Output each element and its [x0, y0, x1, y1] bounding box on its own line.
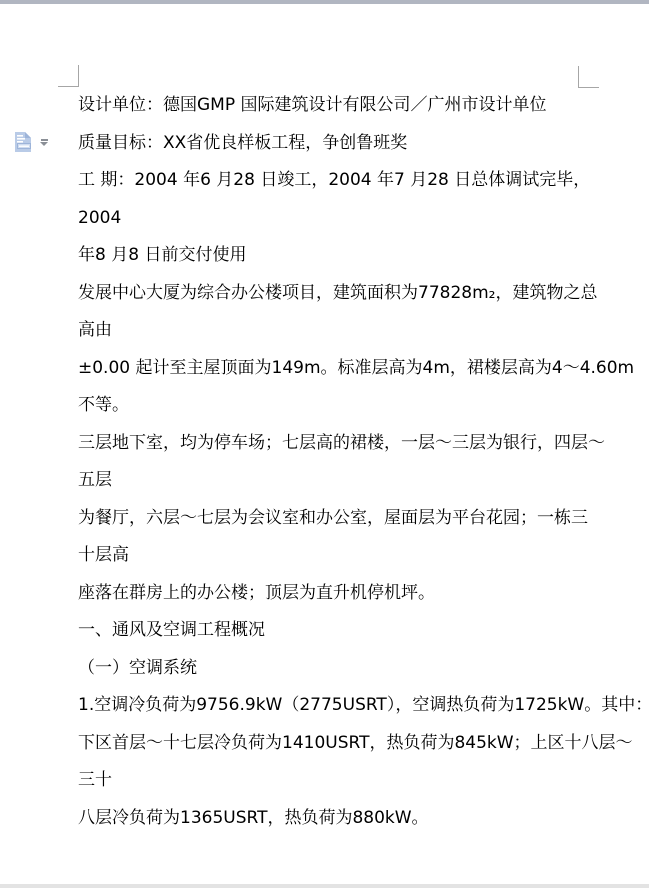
- paste-options-icon: [13, 131, 34, 153]
- text-line: 十层高: [78, 537, 598, 575]
- text-line: （一）空调系统: [78, 650, 598, 688]
- text-line: 工 期：2004 年6 月28 日竣工，2004 年7 月28 日总体调试完毕，: [78, 162, 598, 200]
- text-boundary-mark-top-left: [58, 65, 79, 87]
- text-line: 质量目标：XX省优良样板工程，争创鲁班奖: [78, 125, 598, 163]
- text-line: 座落在群房上的办公楼；顶层为直升机停机坪。: [78, 575, 598, 613]
- window-bottom-edge: [0, 884, 649, 888]
- text-line: 三层地下室，均为停车场；七层高的裙楼，一层～三层为银行，四层～: [78, 425, 598, 463]
- text-line: 八层冷负荷为1365USRT，热负荷为880kW。: [78, 800, 598, 838]
- text-boundary-mark-top-right: [578, 66, 599, 88]
- text-line: 高由: [78, 312, 598, 350]
- text-line: 一、通风及空调工程概况: [78, 612, 598, 650]
- text-line: 2004: [78, 200, 598, 238]
- text-line: 设计单位：德国GMP 国际建筑设计有限公司／广州市设计单位: [78, 87, 598, 125]
- text-line: 为餐厅，六层～七层为会议室和办公室，屋面层为平台花园；一栋三: [78, 500, 598, 538]
- window-top-edge: [0, 0, 649, 4]
- text-line: 年8 月8 日前交付使用: [78, 237, 598, 275]
- text-line: 三十: [78, 762, 598, 800]
- text-line: 1.空调冷负荷为9756.9kW（2775USRT），空调热负荷为1725kW。…: [78, 687, 598, 725]
- text-line: 五层: [78, 462, 598, 500]
- text-line: 下区首层～十七层冷负荷为1410USRT，热负荷为845kW；上区十八层～: [78, 725, 598, 763]
- text-line: ±0.00 起计至主屋顶面为149m。标准层高为4m，裙楼层高为4～4.60m: [78, 350, 598, 388]
- paste-options-button[interactable]: [13, 130, 51, 154]
- document-text: 设计单位：德国GMP 国际建筑设计有限公司／广州市设计单位 质量目标：XX省优良…: [78, 87, 598, 837]
- text-line: 不等。: [78, 387, 598, 425]
- text-line: 发展中心大厦为综合办公楼项目，建筑面积为77828m₂，建筑物之总: [78, 275, 598, 313]
- chevron-down-icon[interactable]: [40, 138, 49, 146]
